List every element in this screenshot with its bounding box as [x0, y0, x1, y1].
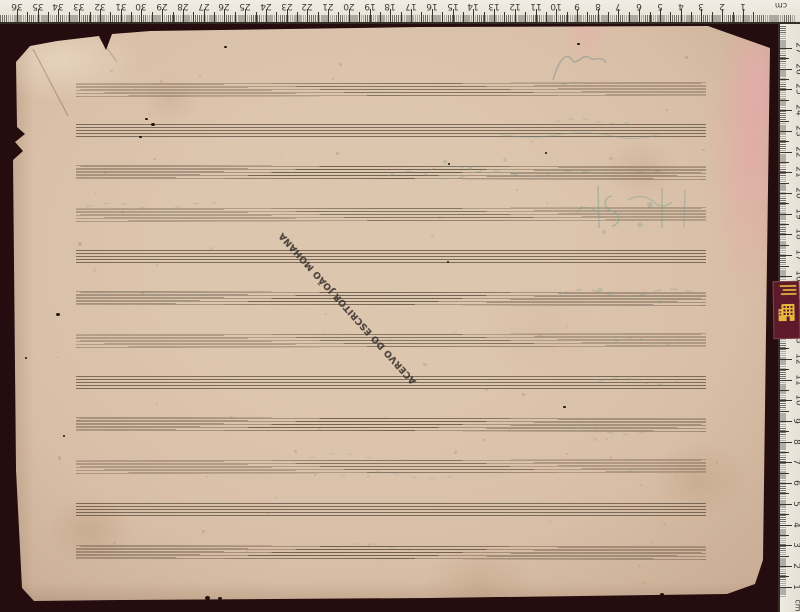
- ruler-number: 1: [791, 584, 800, 590]
- ruler-number: 2: [791, 563, 800, 569]
- ruler-number: 4: [791, 522, 800, 528]
- foxing-spot: [688, 320, 689, 321]
- foxing-spot: [593, 438, 596, 441]
- foxing-spot: [56, 357, 58, 359]
- foxing-spot: [381, 562, 383, 564]
- ruler-number: 6: [791, 480, 800, 486]
- half-cm-tick: [380, 12, 381, 22]
- ink-speck: [563, 406, 566, 408]
- ruler-number: 22: [794, 146, 800, 157]
- foxing-spot: [367, 475, 370, 478]
- foxing-spot: [275, 497, 277, 499]
- foxing-spot: [485, 388, 488, 391]
- half-cm-tick: [297, 12, 298, 22]
- ruler-number: 6: [636, 1, 642, 11]
- foxing-spot: [683, 116, 684, 117]
- foxing-spot: [606, 438, 608, 440]
- half-cm-tick: [780, 100, 789, 101]
- foxing-spot: [638, 565, 640, 567]
- half-cm-tick: [214, 12, 215, 22]
- ruler-number: 23: [281, 1, 292, 11]
- paper-crease-lines: [33, 37, 117, 116]
- foxing-spot: [625, 515, 626, 516]
- foxing-spot: [314, 474, 316, 476]
- ruler-number: 10: [794, 395, 800, 406]
- ruler-number: 7: [616, 1, 622, 11]
- foxing-spot: [454, 451, 457, 454]
- foxing-spot: [581, 489, 582, 490]
- label-text-line: [780, 285, 797, 287]
- ruler-number: 5: [657, 1, 663, 11]
- foxing-spot: [318, 427, 321, 430]
- half-cm-tick: [48, 12, 49, 22]
- foxing-spot: [609, 157, 612, 160]
- ruler-number: 10: [551, 1, 562, 11]
- half-cm-tick: [780, 556, 789, 557]
- ink-speck: [139, 136, 142, 138]
- half-cm-tick: [780, 58, 789, 59]
- ruler-number: 21: [322, 1, 333, 11]
- ruler-number: 26: [219, 1, 230, 11]
- half-cm-tick: [780, 348, 789, 349]
- staff-line-group: [76, 291, 706, 306]
- half-cm-tick: [780, 493, 789, 494]
- cm-tick: [780, 380, 792, 381]
- foxing-spot: [423, 363, 426, 366]
- foxing-spot: [104, 171, 106, 173]
- ruler-number: 25: [239, 1, 250, 11]
- half-cm-tick: [780, 266, 789, 267]
- foxing-spot: [530, 140, 533, 143]
- cm-tick: [780, 89, 792, 90]
- foxing-spot: [609, 456, 612, 459]
- ruler-number: 24: [260, 1, 271, 11]
- ink-speck: [660, 593, 664, 596]
- half-cm-tick: [780, 245, 789, 246]
- half-cm-tick: [131, 12, 132, 22]
- half-cm-tick: [587, 12, 588, 22]
- half-cm-tick: [650, 12, 651, 22]
- cm-tick: [780, 193, 792, 194]
- ruler-number: 15: [447, 1, 458, 11]
- ink-speck: [224, 46, 227, 48]
- half-cm-tick: [780, 390, 789, 391]
- foxing-spot: [336, 152, 339, 155]
- foxing-spot: [246, 551, 248, 553]
- half-cm-tick: [780, 162, 789, 163]
- foxing-spot: [110, 70, 113, 73]
- ruler-number: 3: [699, 1, 705, 11]
- ink-speck: [447, 261, 449, 263]
- foxing-spot: [78, 242, 81, 245]
- half-cm-tick: [629, 12, 630, 22]
- foxing-spot: [156, 403, 158, 405]
- ink-speck: [545, 152, 547, 154]
- half-cm-tick: [780, 452, 789, 453]
- half-cm-tick: [712, 12, 713, 22]
- label-text-line: [783, 289, 797, 291]
- ruler-number: 36: [11, 1, 22, 11]
- staff-line-group: [76, 124, 706, 137]
- half-cm-tick: [780, 121, 789, 122]
- ruler-number: 18: [385, 1, 396, 11]
- half-cm-tick: [152, 12, 153, 22]
- foxing-spot: [294, 450, 297, 453]
- manuscript-paper: ACERVO DO ESCRITOR JOÃO MOHANA: [0, 0, 800, 612]
- ruler-number: 4: [678, 1, 684, 11]
- foxing-spot: [332, 78, 334, 80]
- half-cm-tick: [318, 12, 319, 22]
- half-cm-tick: [780, 141, 789, 142]
- foxing-spot: [516, 189, 518, 191]
- foxing-spot: [716, 461, 719, 464]
- foxing-spot: [58, 456, 61, 459]
- foxing-spot: [685, 56, 688, 59]
- foxing-spot: [676, 475, 678, 477]
- ruler-number: 28: [177, 1, 188, 11]
- half-cm-tick: [608, 12, 609, 22]
- ruler-number: 19: [364, 1, 375, 11]
- ink-speck: [63, 435, 65, 437]
- ruler-number: 17: [794, 249, 800, 260]
- foxing-spot: [546, 202, 548, 204]
- foxing-spot: [538, 334, 541, 337]
- foxing-spot: [483, 439, 486, 442]
- half-cm-tick: [670, 12, 671, 22]
- foxing-spot: [566, 453, 568, 455]
- foxing-spot: [685, 201, 686, 202]
- foxing-spot: [643, 581, 646, 584]
- half-cm-tick: [780, 514, 789, 515]
- foxing-spot: [207, 476, 209, 478]
- half-cm-tick: [780, 369, 789, 370]
- archive-label: [772, 281, 800, 339]
- half-cm-tick: [421, 12, 422, 22]
- foxing-spot: [93, 268, 97, 272]
- foxing-spot: [579, 423, 580, 424]
- foxing-spot: [95, 192, 96, 193]
- ruler-number: 29: [156, 1, 167, 11]
- foxing-spot: [148, 113, 151, 116]
- top-ruler-unit-label: cm: [775, 1, 787, 10]
- foxing-spot: [202, 530, 205, 533]
- ruler-number: 32: [94, 1, 105, 11]
- foxing-spot: [156, 264, 158, 266]
- foxing-spot: [549, 521, 551, 523]
- half-cm-tick: [691, 12, 692, 22]
- staff-line-group: [76, 459, 706, 474]
- ruler-number: 22: [302, 1, 313, 11]
- half-cm-tick: [753, 12, 754, 22]
- half-cm-tick: [780, 411, 789, 412]
- half-cm-tick: [256, 12, 257, 22]
- cm-tick: [780, 48, 792, 49]
- staff-line-group: [76, 503, 706, 516]
- foxing-spot: [325, 128, 326, 129]
- foxing-spot: [359, 582, 361, 584]
- cm-tick: [780, 234, 792, 235]
- ruler-number: 35: [32, 1, 43, 11]
- half-cm-tick: [780, 224, 789, 225]
- foxing-spot: [666, 109, 668, 111]
- staff-line-group: [76, 207, 706, 222]
- half-cm-tick: [567, 12, 568, 22]
- half-cm-tick: [780, 535, 789, 536]
- building-icon: [778, 300, 795, 322]
- half-cm-tick: [27, 12, 28, 22]
- cm-tick: [780, 400, 792, 401]
- half-cm-tick: [401, 12, 402, 22]
- ink-speck: [145, 118, 148, 120]
- foxing-spot: [702, 149, 705, 152]
- ruler-number: 9: [574, 1, 580, 11]
- ruler-number: 30: [136, 1, 147, 11]
- foxing-spot: [325, 313, 327, 315]
- staff-line-group: [76, 417, 706, 432]
- ruler-number: 34: [53, 1, 64, 11]
- half-cm-tick: [193, 12, 194, 22]
- archival-scan-scene: ACERVO DO ESCRITOR JOÃO MOHANA cm 363534…: [0, 0, 800, 612]
- foxing-spot: [214, 86, 215, 87]
- ruler-number: 20: [343, 1, 354, 11]
- ruler-number: 11: [530, 1, 541, 11]
- ruler-number: 33: [73, 1, 84, 11]
- staff-line-group: [76, 376, 706, 389]
- cm-tick: [780, 69, 792, 70]
- foxing-spot: [61, 299, 63, 301]
- foxing-spot: [657, 515, 659, 517]
- foxing-spot: [566, 325, 568, 327]
- ruler-number: 3: [791, 542, 800, 548]
- label-text-line: [781, 293, 797, 295]
- half-cm-tick: [780, 576, 789, 577]
- half-cm-tick: [780, 473, 789, 474]
- half-cm-tick: [780, 431, 789, 432]
- foxing-spot: [311, 312, 313, 314]
- ruler-number: 8: [595, 1, 601, 11]
- foxing-spot: [209, 247, 212, 250]
- ruler-number: 26: [794, 63, 800, 74]
- top-ruler: cm 3635343332313029282726252423222120191…: [0, 0, 800, 24]
- half-cm-tick: [359, 12, 360, 22]
- ruler-number: 24: [794, 104, 800, 115]
- foxing-spot: [368, 543, 371, 546]
- half-cm-tick: [235, 12, 236, 22]
- half-cm-tick: [504, 12, 505, 22]
- foxing-spot: [153, 158, 155, 160]
- half-cm-tick: [780, 79, 789, 80]
- ruler-number: 27: [794, 42, 800, 53]
- half-cm-tick: [546, 12, 547, 22]
- foxing-spot: [199, 75, 201, 77]
- ink-speck: [25, 357, 27, 359]
- staff-line-group: [76, 165, 706, 180]
- cm-tick: [780, 110, 792, 111]
- ink-speck: [205, 596, 210, 600]
- half-cm-tick: [442, 12, 443, 22]
- ink-speck: [577, 43, 580, 45]
- foxing-spot: [431, 235, 434, 238]
- half-cm-tick: [173, 12, 174, 22]
- ink-speck: [448, 163, 450, 165]
- staff-line-group: [76, 250, 706, 263]
- foxing-spot: [223, 553, 224, 554]
- half-cm-tick: [780, 183, 789, 184]
- ruler-number: 14: [468, 1, 479, 11]
- ruler-number: 8: [791, 439, 800, 445]
- foxing-spot: [281, 153, 283, 155]
- staff-line-group: [76, 82, 706, 97]
- ruler-number: 11: [794, 374, 800, 385]
- ruler-number: 12: [509, 1, 520, 11]
- cm-tick: [780, 152, 792, 153]
- ruler-number: 13: [488, 1, 499, 11]
- ruler-number: 27: [198, 1, 209, 11]
- half-cm-tick: [69, 12, 70, 22]
- staff-line-group: [76, 333, 706, 348]
- ruler-number: 19: [794, 208, 800, 219]
- half-cm-tick: [733, 12, 734, 22]
- top-ruler-mm-ticks: [0, 15, 796, 22]
- ink-speck: [218, 597, 222, 600]
- ruler-number: 31: [115, 1, 126, 11]
- ruler-number: 9: [791, 418, 800, 424]
- half-cm-tick: [90, 12, 91, 22]
- ruler-number: 16: [426, 1, 437, 11]
- foxing-spot: [339, 63, 342, 66]
- foxing-spot: [113, 542, 116, 545]
- foxing-spot: [231, 348, 232, 349]
- staff-line-group: [76, 545, 706, 560]
- cm-tick: [780, 276, 792, 277]
- foxing-spot: [640, 484, 642, 486]
- ruler-number: 17: [405, 1, 416, 11]
- foxing-spot: [229, 416, 232, 419]
- ruler-number: 1: [740, 1, 746, 11]
- ink-speck: [151, 123, 155, 126]
- foxing-spot: [55, 419, 57, 421]
- half-cm-tick: [780, 203, 789, 204]
- half-cm-tick: [525, 12, 526, 22]
- ink-speck: [56, 313, 60, 316]
- foxing-spot: [663, 523, 666, 526]
- cm-tick: [780, 255, 792, 256]
- ruler-number: 2: [719, 1, 725, 11]
- ruler-number: 25: [794, 84, 800, 95]
- half-cm-tick: [484, 12, 485, 22]
- right-ruler-unit-label: cm: [794, 599, 800, 611]
- half-cm-tick: [276, 12, 277, 22]
- cm-tick: [780, 214, 792, 215]
- cm-tick: [780, 359, 792, 360]
- ruler-number: 12: [794, 353, 800, 364]
- ruler-number: 7: [791, 460, 800, 466]
- foxing-spot: [522, 393, 525, 396]
- half-cm-tick: [338, 12, 339, 22]
- ruler-number: 20: [794, 187, 800, 198]
- foxing-spot: [651, 541, 654, 544]
- ruler-number: 5: [791, 501, 800, 507]
- ruler-number: 23: [794, 125, 800, 136]
- ruler-number: 18: [794, 229, 800, 240]
- cm-tick: [780, 131, 792, 132]
- half-cm-tick: [463, 12, 464, 22]
- ruler-number: 21: [794, 167, 800, 178]
- half-cm-tick: [110, 12, 111, 22]
- cm-tick: [780, 172, 792, 173]
